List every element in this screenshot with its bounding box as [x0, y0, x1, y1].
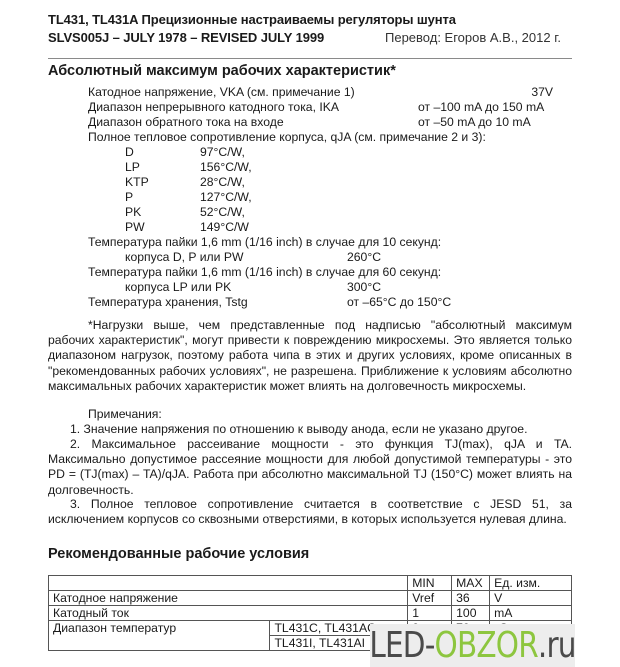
thermal-value: 28°C/W, — [200, 175, 245, 189]
table-header-cell: MIN — [408, 576, 452, 591]
thermal-pkg: D — [125, 145, 134, 159]
solder10-sub-label: корпуса D, P или PW — [125, 250, 243, 264]
spec-label-vka: Катодное напряжение, VKA (см. примечание… — [88, 85, 355, 99]
thermal-pkg: PK — [125, 205, 141, 219]
table-header-cell — [49, 576, 408, 591]
spec-label-thermal: Полное тепловое сопротивление корпуса, q… — [88, 130, 486, 144]
footnote-paragraph: *Нагрузки выше, чем представленные под н… — [48, 318, 572, 394]
note-2: 2. Максимальное рассеивание мощности - э… — [48, 437, 572, 498]
spec-value-vka: 37V — [420, 85, 553, 99]
table-cell-param: Катодное напряжение — [49, 591, 408, 606]
watermark-part-obzor: OBZOR — [435, 625, 538, 666]
spec-value-ika: от –100 mA до 150 mA — [418, 100, 544, 114]
watermark-logo: LED-OBZOR.ru — [370, 624, 575, 667]
translator-credit: Перевод: Егоров А.В., 2012 г. — [385, 30, 561, 45]
table-header-cell: MAX — [452, 576, 490, 591]
spec-label-reverse: Диапазон обратного тока на входе — [88, 115, 284, 129]
note-1: 1. Значение напряжения по отношению к вы… — [48, 422, 572, 437]
table-cell-min: Vref — [408, 591, 452, 606]
thermal-pkg: LP — [125, 160, 140, 174]
watermark-part-led: LED- — [369, 625, 434, 666]
header-divider — [48, 58, 572, 59]
table-header-cell: Ед. изм. — [490, 576, 572, 591]
table-cell-max: 36 — [452, 591, 490, 606]
notes-heading: Примечания: — [88, 407, 162, 421]
table-cell-param: Диапазон температур — [49, 621, 270, 651]
table-cell-unit: V — [490, 591, 572, 606]
thermal-value: 156°C/W, — [200, 160, 252, 174]
solder10-label: Температура пайки 1,6 mm (1/16 inch) в с… — [88, 235, 441, 249]
spec-label-ika: Диапазон непрерывного катодного тока, IK… — [88, 100, 339, 114]
section-title-abs-max: Абсолютный максимум рабочих характеристи… — [48, 63, 396, 79]
thermal-value: 97°C/W, — [200, 145, 245, 159]
storage-value: от –65°C до 150°C — [347, 295, 451, 309]
doc-id: SLVS005J – JULY 1978 – REVISED JULY 1999 — [48, 30, 324, 45]
thermal-value: 52°C/W, — [200, 205, 245, 219]
solder10-value: 260°C — [347, 250, 381, 264]
table-row: Катодное напряжение Vref 36 V — [49, 591, 572, 606]
table-cell-param: Катодный ток — [49, 606, 408, 621]
table-row: Катодный ток 1 100 mA — [49, 606, 572, 621]
spec-value-reverse: от –50 mA до 10 mA — [418, 115, 531, 129]
section-title-recommended: Рекомендованные рабочие условия — [48, 546, 309, 562]
thermal-value: 127°C/W, — [200, 190, 252, 204]
note-3: 3. Полное тепловое сопротивление считает… — [48, 497, 572, 527]
storage-label: Температура хранения, Tstg — [88, 295, 248, 309]
table-header-row: MIN MAX Ед. изм. — [49, 576, 572, 591]
thermal-pkg: KTP — [125, 175, 149, 189]
table-cell-max: 100 — [452, 606, 490, 621]
solder60-sub-label: корпуса LP или PK — [125, 280, 231, 294]
thermal-pkg: PW — [125, 220, 145, 234]
thermal-pkg: P — [125, 190, 133, 204]
table-cell-min: 1 — [408, 606, 452, 621]
table-cell-unit: mA — [490, 606, 572, 621]
solder60-label: Температура пайки 1,6 mm (1/16 inch) в с… — [88, 265, 441, 279]
doc-title: TL431, TL431A Прецизионные настраиваемы … — [48, 12, 456, 27]
thermal-value: 149°C/W — [200, 220, 249, 234]
solder60-value: 300°C — [347, 280, 381, 294]
watermark-part-ru: .ru — [538, 625, 576, 666]
